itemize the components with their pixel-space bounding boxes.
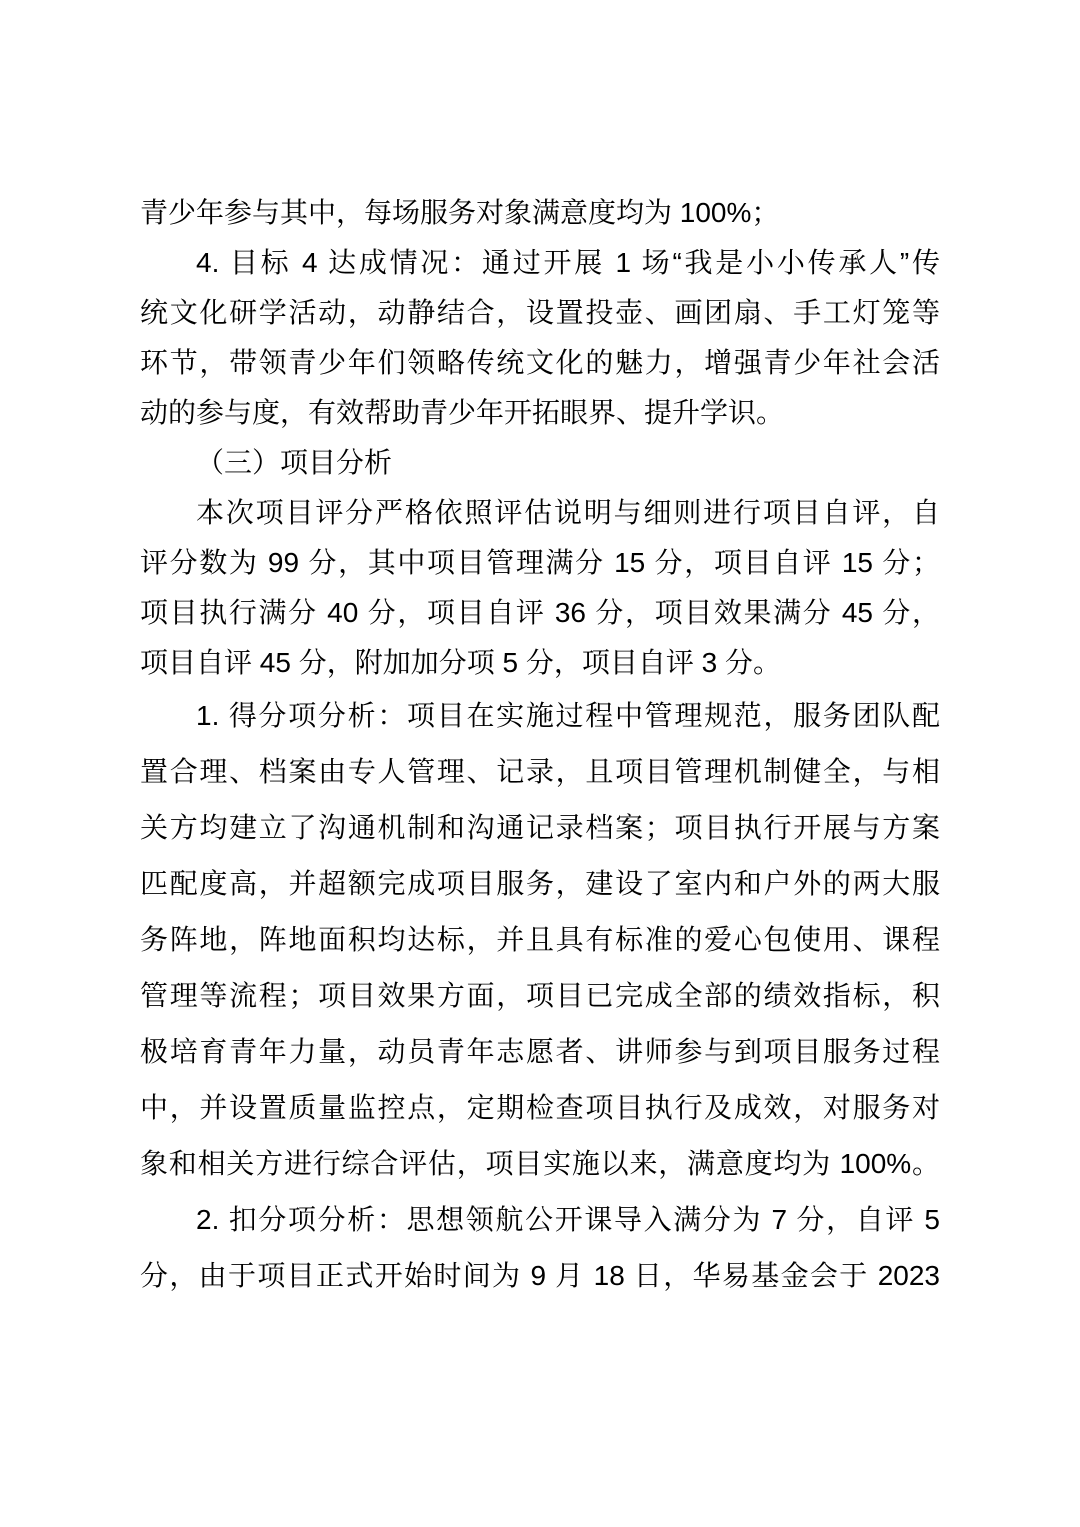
heading-project-analysis: （三）项目分析 — [140, 438, 940, 488]
text-line: 本次项目评分严格依照评估说明与细则进行项目自评，自 — [140, 488, 940, 538]
text-line: 务阵地，阵地面积均达标，并且具有标准的爱心包使用、课程 — [140, 912, 940, 968]
para-self-evaluation-score: 本次项目评分严格依照评估说明与细则进行项目自评，自评分数为 99 分，其中项目管… — [140, 488, 940, 688]
text-line: （三）项目分析 — [140, 438, 940, 488]
text-line: 动的参与度，有效帮助青少年开拓眼界、提升学识。 — [140, 388, 940, 438]
text-line: 评分数为 99 分，其中项目管理满分 15 分，项目自评 15 分； — [140, 538, 940, 588]
document-page: 青少年参与其中，每场服务对象满意度均为 100%；4. 目标 4 达成情况：通过… — [0, 0, 1080, 1527]
document-content: 青少年参与其中，每场服务对象满意度均为 100%；4. 目标 4 达成情况：通过… — [140, 188, 940, 1304]
text-line: 4. 目标 4 达成情况：通过开展 1 场“我是小小传承人”传 — [140, 238, 940, 288]
text-line: 管理等流程；项目效果方面，项目已完成全部的绩效指标，积 — [140, 968, 940, 1024]
text-line: 中，并设置质量监控点，定期检查项目执行及成效，对服务对 — [140, 1080, 940, 1136]
text-line: 关方均建立了沟通机制和沟通记录档案；项目执行开展与方案 — [140, 800, 940, 856]
text-line: 分，由于项目正式开始时间为 9 月 18 日，华易基金会于 2023 — [140, 1248, 940, 1304]
text-line: 象和相关方进行综合评估，项目实施以来，满意度均为 100%。 — [140, 1136, 940, 1192]
text-line: 项目自评 45 分，附加加分项 5 分，项目自评 3 分。 — [140, 638, 940, 688]
text-line: 匹配度高，并超额完成项目服务，建设了室内和户外的两大服 — [140, 856, 940, 912]
text-line: 环节，带领青少年们领略传统文化的魅力，增强青少年社会活 — [140, 338, 940, 388]
para-goal4-achievement: 4. 目标 4 达成情况：通过开展 1 场“我是小小传承人”传统文化研学活动，动… — [140, 238, 940, 438]
para-score-gain-analysis: 1. 得分项分析：项目在实施过程中管理规范，服务团队配置合理、档案由专人管理、记… — [140, 688, 940, 1192]
text-line: 极培育青年力量，动员青年志愿者、讲师参与到项目服务过程 — [140, 1024, 940, 1080]
text-line: 统文化研学活动，动静结合，设置投壶、画团扇、手工灯笼等 — [140, 288, 940, 338]
text-line: 项目执行满分 40 分，项目自评 36 分，项目效果满分 45 分， — [140, 588, 940, 638]
para-goal3-tail: 青少年参与其中，每场服务对象满意度均为 100%； — [140, 188, 940, 238]
para-score-deduction-analysis: 2. 扣分项分析：思想领航公开课导入满分为 7 分，自评 5分，由于项目正式开始… — [140, 1192, 940, 1304]
text-line: 1. 得分项分析：项目在实施过程中管理规范，服务团队配 — [140, 688, 940, 744]
text-line: 2. 扣分项分析：思想领航公开课导入满分为 7 分，自评 5 — [140, 1192, 940, 1248]
text-line: 青少年参与其中，每场服务对象满意度均为 100%； — [140, 188, 940, 238]
text-line: 置合理、档案由专人管理、记录，且项目管理机制健全，与相 — [140, 744, 940, 800]
